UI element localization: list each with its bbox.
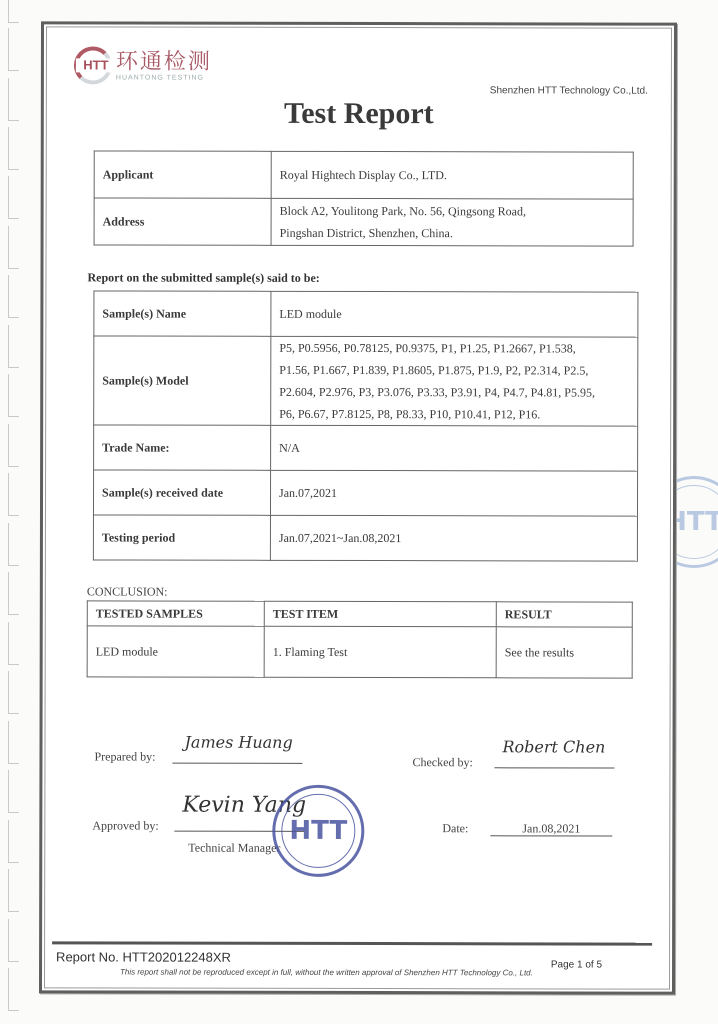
checked-signature: Robert Chen [502, 737, 605, 756]
report-page: HTT 环通检测 HUANTONG TESTING Shenzhen HTT T… [39, 21, 677, 994]
sample-model-value: P5, P0.5956, P0.78125, P0.9375, P1, P1.2… [271, 336, 638, 426]
page-title: Test Report [44, 96, 674, 131]
received-date-label: Sample(s) received date [93, 470, 270, 515]
prepared-by-label: Prepared by: [94, 749, 155, 764]
page-number: Page 1 of 5 [551, 959, 602, 970]
received-date-value: Jan.07,2021 [270, 470, 637, 516]
column-header: TEST ITEM [264, 601, 496, 626]
testing-period-value: Jan.07,2021~Jan.08,2021 [270, 515, 637, 561]
table-row: Testing period Jan.07,2021~Jan.08,2021 [93, 515, 637, 561]
sample-table: Sample(s) Name LED module Sample(s) Mode… [93, 290, 639, 561]
conclusion-table: TESTED SAMPLES TEST ITEM RESULT LED modu… [87, 600, 633, 678]
company-seal-stamp: HTT [272, 785, 364, 877]
table-row: Sample(s) received date Jan.07,2021 [93, 470, 637, 516]
column-header: TESTED SAMPLES [87, 601, 264, 626]
sample-name-label: Sample(s) Name [94, 291, 271, 336]
test-item-cell: 1. Flaming Test [264, 626, 496, 677]
applicant-label: Applicant [94, 151, 271, 198]
sample-section-label: Report on the submitted sample(s) said t… [87, 270, 319, 285]
table-row: Sample(s) Model P5, P0.5956, P0.78125, P… [94, 336, 638, 426]
table-row: Address Block A2, Youlitong Park, No. 56… [94, 198, 633, 246]
htt-logo-icon: HTT [74, 46, 112, 84]
company-name: Shenzhen HTT Technology Co.,Ltd. [490, 85, 648, 96]
binder-margin-marks [8, 0, 22, 1024]
approved-title: Technical Manager [188, 841, 280, 856]
applicant-table: Applicant Royal Hightech Display Co., LT… [94, 150, 634, 246]
table-row: Applicant Royal Hightech Display Co., LT… [94, 151, 633, 199]
date-label: Date: [442, 821, 468, 836]
table-row: Trade Name: N/A [94, 425, 638, 471]
trade-name-label: Trade Name: [94, 425, 271, 470]
applicant-value: Royal Hightech Display Co., LTD. [271, 151, 633, 199]
result-cell: See the results [496, 627, 632, 678]
table-row: Sample(s) Name LED module [94, 291, 638, 337]
prepared-signature: James Huang [184, 733, 292, 752]
sample-name-value: LED module [271, 291, 638, 337]
trade-name-value: N/A [271, 425, 638, 471]
logo-english-name: HUANTONG TESTING [116, 74, 212, 81]
address-label: Address [94, 198, 271, 245]
date-value: Jan.08,2021 [490, 821, 612, 836]
table-header-row: TESTED SAMPLES TEST ITEM RESULT [87, 601, 632, 627]
tested-sample-cell: LED module [87, 626, 264, 677]
checked-by-label: Checked by: [412, 755, 472, 770]
testing-period-label: Testing period [93, 515, 270, 560]
conclusion-label: CONCLUSION: [87, 584, 168, 599]
report-number: Report No. HTT202012248XR [56, 949, 231, 964]
company-logo: HTT 环通检测 HUANTONG TESTING [74, 46, 212, 84]
address-value: Block A2, Youlitong Park, No. 56, Qingso… [271, 198, 633, 246]
approved-by-label: Approved by: [92, 818, 158, 833]
sample-model-label: Sample(s) Model [94, 336, 271, 425]
column-header: RESULT [496, 602, 632, 627]
logo-chinese-name: 环通检测 [116, 50, 212, 74]
footer-disclaimer: This report shall not be reproduced exce… [120, 968, 533, 978]
table-row: LED module 1. Flaming Test See the resul… [87, 626, 632, 678]
